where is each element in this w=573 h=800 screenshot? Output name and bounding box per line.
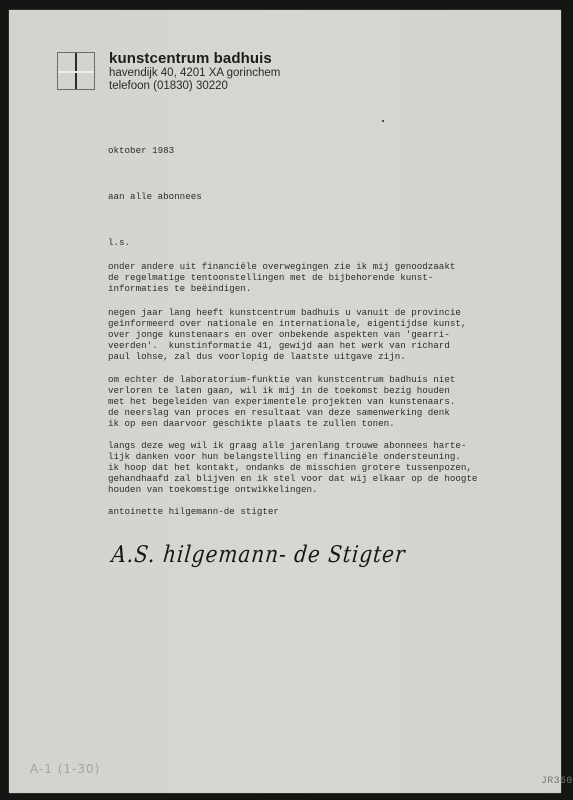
pencil-annotation: A-1 (1-30) <box>30 762 100 776</box>
letterhead: kunstcentrum badhuis havendijk 40, 4201 … <box>109 50 280 93</box>
paragraph-line: verloren te laten gaan, wil ik mij in de… <box>108 385 455 396</box>
paragraph-line: houden van toekomstige ontwikkelingen. <box>108 484 477 495</box>
archive-stamp: JR3609 <box>541 776 573 787</box>
closing-name: antoinette hilgemann-de stigter <box>108 506 279 517</box>
paragraph-4: langs deze weg wil ik graag alle jarenla… <box>108 440 477 495</box>
organization-phone: telefoon (01830) 30220 <box>109 80 280 93</box>
letter-recipient: aan alle abonnees <box>108 191 202 202</box>
paragraph-line: veerden'. kunstinformatie 41, gewijd aan… <box>108 340 466 351</box>
organization-address: havendijk 40, 4201 XA gorinchem <box>109 67 280 80</box>
paragraph-1: onder andere uit financiële overwegingen… <box>108 261 455 294</box>
organization-name: kunstcentrum badhuis <box>109 50 280 67</box>
paragraph-line: negen jaar lang heeft kunstcentrum badhu… <box>108 307 466 318</box>
logo-icon <box>57 52 95 90</box>
paragraph-line: langs deze weg wil ik graag alle jarenla… <box>108 440 477 451</box>
paragraph-line: om echter de laboratorium-funktie van ku… <box>108 374 455 385</box>
paragraph-line: gehandhaafd zal blijven en ik stel voor … <box>108 473 477 484</box>
paragraph-line: informaties te beëindigen. <box>108 283 455 294</box>
paragraph-line: onder andere uit financiële overwegingen… <box>108 261 455 272</box>
letter-salutation: l.s. <box>108 237 130 248</box>
paragraph-line: de regelmatige tentoonstellingen met de … <box>108 272 455 283</box>
letter-page: kunstcentrum badhuis havendijk 40, 4201 … <box>9 10 561 793</box>
paragraph-line: de neerslag van proces en resultaat van … <box>108 407 455 418</box>
paragraph-line: geïnformeerd over nationale en internati… <box>108 318 466 329</box>
paragraph-line: ik op een daarvoor geschikte plaats te z… <box>108 418 455 429</box>
paragraph-2: negen jaar lang heeft kunstcentrum badhu… <box>108 307 466 362</box>
paragraph-line: over jonge kunstenaars en over onbekende… <box>108 329 466 340</box>
letter-date: oktober 1983 <box>108 145 174 156</box>
paragraph-3: om echter de laboratorium-funktie van ku… <box>108 374 455 429</box>
paragraph-line: lijk danken voor hun belangstelling en f… <box>108 451 477 462</box>
handwritten-signature: A.S. hilgemann- de Stigter <box>110 540 406 568</box>
paragraph-line: paul lohse, zal dus voorlopig de laatste… <box>108 351 466 362</box>
paragraph-line: ik hoop dat het kontakt, ondanks de miss… <box>108 462 477 473</box>
paragraph-line: met het begeleiden van experimentele pro… <box>108 396 455 407</box>
paper-speck <box>382 120 384 122</box>
